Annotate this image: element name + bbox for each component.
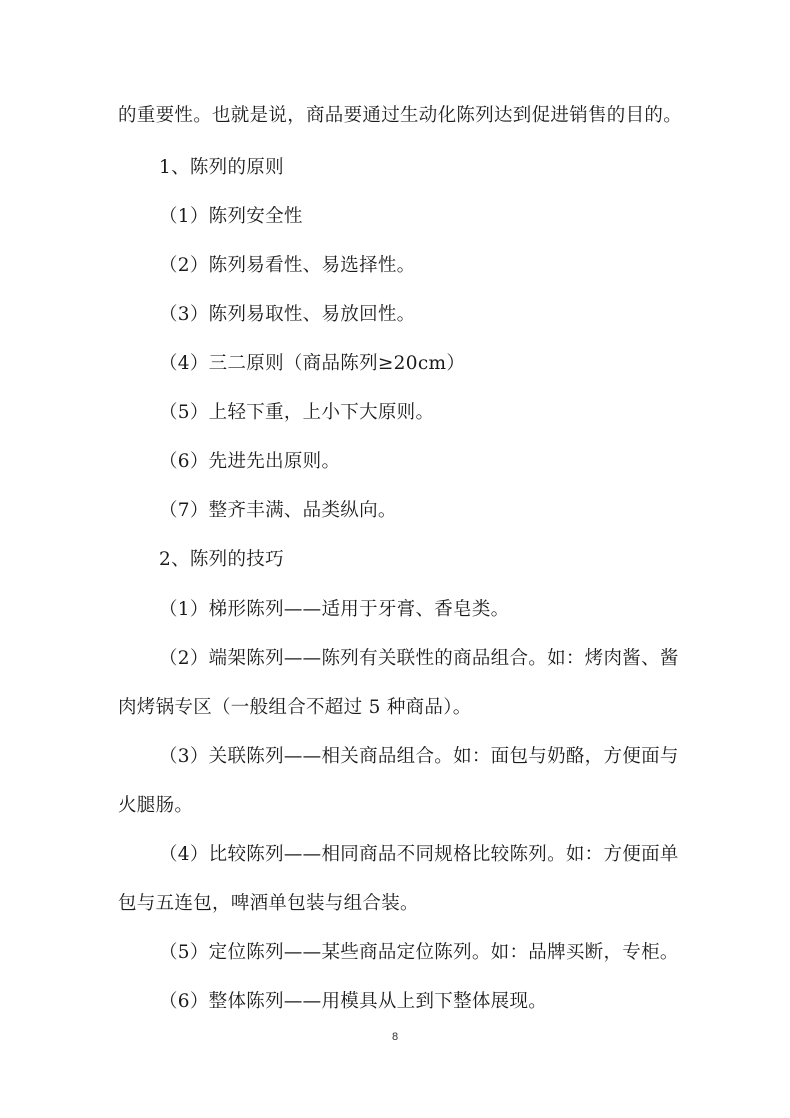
- principle-item-5: （5）上轻下重，上小下大原则。: [159, 401, 434, 425]
- section-heading-techniques: 2、陈列的技巧: [159, 548, 284, 572]
- page-number: 8: [0, 1031, 790, 1043]
- body-line-0: 的重要性。也就是说，商品要通过生动化陈列达到促进销售的目的。: [118, 104, 682, 128]
- principle-item-4: （4）三二原则（商品陈列≥20cm）: [159, 352, 465, 376]
- technique-item-1: （1）梯形陈列——适用于牙膏、香皂类。: [159, 598, 509, 622]
- principle-item-2: （2）陈列易看性、易选择性。: [159, 254, 415, 278]
- section-heading-principles: 1、陈列的原则: [159, 156, 284, 180]
- principle-item-6: （6）先进先出原则。: [159, 450, 340, 474]
- principle-item-7: （7）整齐丰满、品类纵向。: [159, 499, 397, 523]
- principle-item-1: （1）陈列安全性: [159, 205, 303, 229]
- technique-item-3: （3）关联陈列——相关商品组合。如：面包与奶酪，方便面与: [159, 745, 679, 769]
- technique-item-4: （4）比较陈列——相同商品不同规格比较陈列。如：方便面单: [159, 843, 679, 867]
- technique-item-3-cont: 火腿肠。: [118, 794, 193, 818]
- principle-item-3: （3）陈列易取性、易放回性。: [159, 303, 415, 327]
- technique-item-6: （6）整体陈列——用模具从上到下整体展现。: [159, 990, 547, 1014]
- technique-item-2: （2）端架陈列——陈列有关联性的商品组合。如：烤肉酱、酱: [159, 647, 679, 671]
- technique-item-2-cont: 肉烤锅专区（一般组合不超过 5 种商品）。: [118, 696, 472, 720]
- document-page: 的重要性。也就是说，商品要通过生动化陈列达到促进销售的目的。 1、陈列的原则 （…: [0, 0, 790, 1118]
- technique-item-5: （5）定位陈列——某些商品定位陈列。如：品牌买断，专柜。: [159, 941, 679, 965]
- technique-item-4-cont: 包与五连包，啤酒单包装与组合装。: [118, 892, 419, 916]
